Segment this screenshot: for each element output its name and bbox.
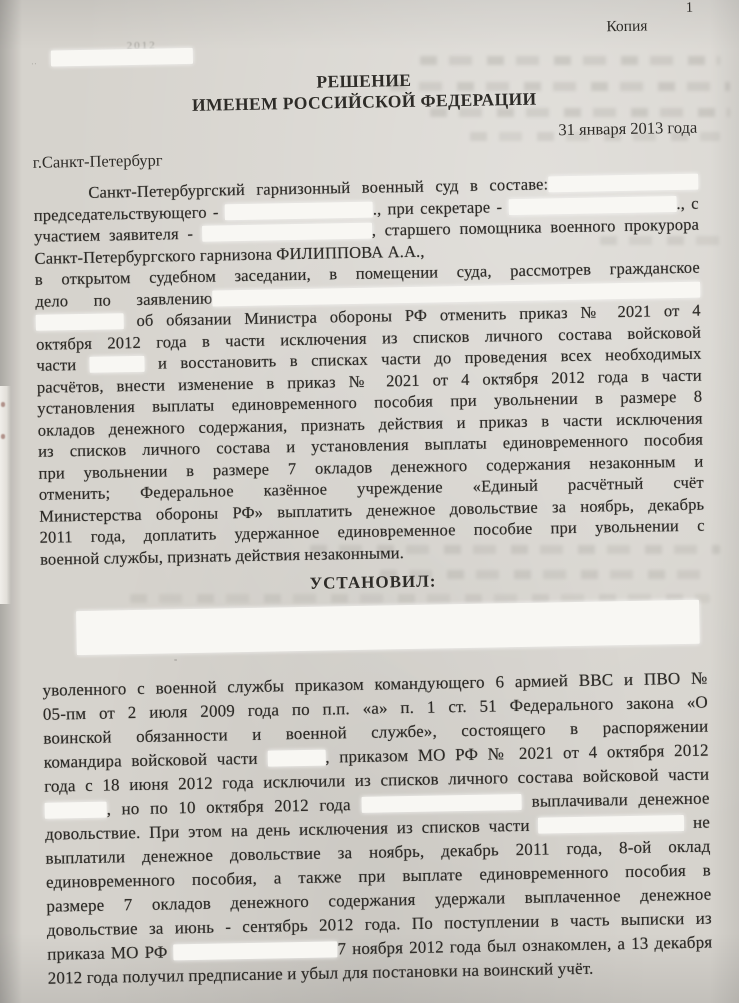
redaction-box [51, 48, 193, 67]
document-content: 1 Копия 2012 ·· РЕШЕНИЕ ИМЕНЕМ РОССИЙСКО… [0, 0, 739, 1003]
text-segment: не [684, 813, 710, 832]
redaction-box [45, 802, 107, 819]
text-segment: , но по 10 октября 2012 года [107, 795, 362, 819]
redaction-box [202, 223, 372, 242]
redaction-box [225, 201, 373, 220]
text-segment: ., с [676, 193, 699, 212]
document-title: РЕШЕНИЕ ИМЕНЕМ РОССИЙСКОЙ ФЕДЕРАЦИИ [31, 65, 697, 119]
redaction-box [548, 174, 698, 193]
text-segment: выплачивали денежное [521, 789, 710, 811]
redaction-box [90, 356, 145, 373]
text-segment: , старшего помощника военного прокурора [372, 215, 700, 240]
redaction-box [173, 941, 337, 960]
ustanovil-heading: УСТАНОВИЛ: [40, 567, 705, 601]
case-marks: ·· [31, 59, 37, 69]
redaction-box [538, 815, 684, 834]
scanned-court-decision-page: 1 Копия 2012 ·· РЕШЕНИЕ ИМЕНЕМ РОССИЙСКО… [0, 0, 739, 1003]
redaction-box [361, 794, 521, 813]
redaction-box [508, 196, 676, 215]
text-segment: ., при секретаре - [373, 197, 509, 218]
text-segment: участием заявителя - [34, 224, 202, 246]
text-segment: части [36, 355, 89, 375]
text-segment: командира войсковой части [44, 749, 268, 772]
text-segment: дело по заявлению [35, 288, 212, 310]
case-number-row: 2012 ·· [31, 39, 696, 68]
text-segment: приказа МО РФ [47, 942, 174, 963]
text-segment: 7 ноября 2012 года был ознакомлен, а 13 … [337, 933, 712, 959]
intro-paragraph: Санкт-Петербургский гарнизонный военный … [33, 171, 705, 570]
redaction-box [36, 313, 124, 331]
facts-paragraph: уволенного с военной службы приказом ком… [42, 667, 713, 991]
redaction-box [267, 750, 325, 767]
text-segment: председательствующего - [34, 202, 225, 224]
